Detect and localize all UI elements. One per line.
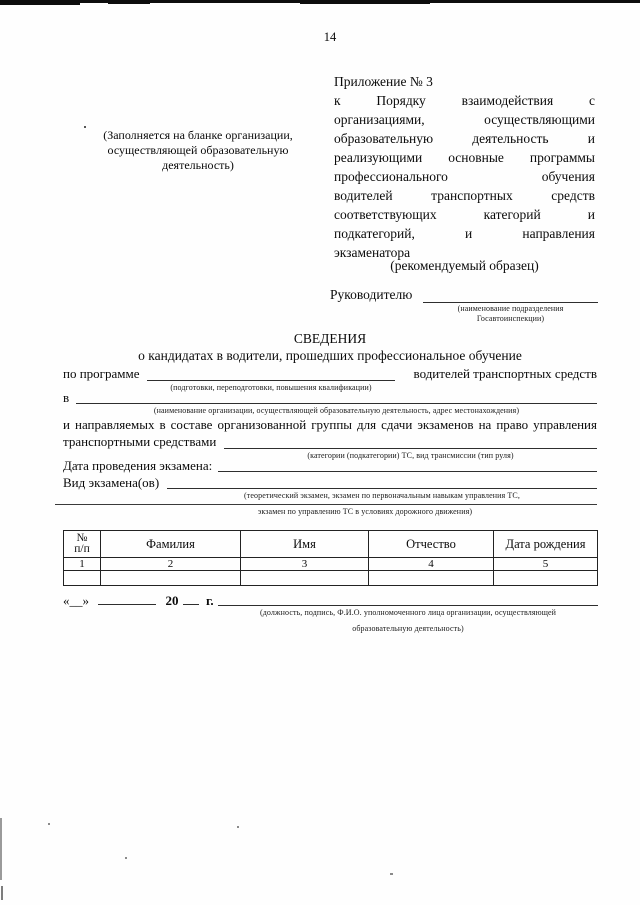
table-empty-cell bbox=[494, 571, 598, 586]
scan-artifact bbox=[125, 857, 127, 859]
scan-artifact bbox=[1, 886, 3, 900]
table-header-surname: Фамилия bbox=[101, 531, 241, 558]
table-empty-cell bbox=[369, 571, 494, 586]
table-header-number: № п/п bbox=[64, 531, 101, 558]
footer-date-quote: «__» bbox=[63, 593, 89, 608]
exam-type-blank-line bbox=[167, 488, 597, 489]
addressee-caption-line2: Госавтоинспекции) bbox=[423, 314, 598, 324]
program-suffix: водителей транспортных средств bbox=[397, 366, 597, 382]
scan-artifact bbox=[300, 0, 430, 4]
exam-date-blank-line bbox=[218, 471, 597, 472]
appendix-line: подкатегорий, и направления bbox=[334, 224, 595, 243]
appendix-line: организациями, осуществляющими bbox=[334, 110, 595, 129]
signature-caption-line2: образовательную деятельность) bbox=[218, 624, 598, 634]
footer-date-year: 20 bbox=[166, 593, 179, 608]
scan-artifact bbox=[237, 826, 239, 828]
org-letterhead-note-line: (Заполняется на бланке организации, bbox=[78, 128, 318, 143]
document-subtitle: о кандидатах в водители, прошедших профе… bbox=[63, 348, 597, 364]
appendix-line: реализующими основные программы bbox=[334, 148, 595, 167]
footer-date-year-blank bbox=[183, 593, 199, 605]
exam-date-label: Дата проведения экзамена: bbox=[63, 458, 212, 474]
organization-caption: (наименование организации, осуществляюще… bbox=[76, 406, 597, 416]
group-paragraph-line1: и направляемых в составе организованной … bbox=[63, 417, 597, 433]
table-colnum: 4 bbox=[369, 558, 494, 571]
exam-type-caption1: (теоретический экзамен, экзамен по перво… bbox=[167, 491, 597, 501]
appendix-line: образовательную деятельность и bbox=[334, 129, 595, 148]
program-label: по программе bbox=[63, 366, 140, 382]
exam-type-blank-line2 bbox=[55, 504, 597, 505]
table-empty-cell bbox=[241, 571, 369, 586]
table-header-firstname: Имя bbox=[241, 531, 369, 558]
table-header-row: № п/п Фамилия Имя Отчество Дата рождения bbox=[64, 531, 598, 558]
organization-label: в bbox=[63, 390, 69, 406]
appendix-line: к Порядку взаимодействия с bbox=[334, 91, 595, 110]
scan-artifact bbox=[48, 823, 50, 825]
scan-artifact bbox=[0, 818, 2, 880]
table-header-birthdate: Дата рождения bbox=[494, 531, 598, 558]
recommended-sample-note: (рекомендуемый образец) bbox=[334, 256, 595, 275]
vehicle-caption: (категории (подкатегории) ТС, вид трансм… bbox=[224, 451, 597, 461]
table-empty-row bbox=[64, 571, 598, 586]
exam-type-caption2: экзамен по управлению ТС в условиях доро… bbox=[140, 507, 590, 517]
signature-caption-line1: (должность, подпись, Ф.И.О. уполномоченн… bbox=[218, 608, 598, 618]
table-colnum: 1 bbox=[64, 558, 101, 571]
signature-blank-line bbox=[218, 605, 598, 606]
footer-date-year-suffix: г. bbox=[206, 593, 214, 608]
document-title: СВЕДЕНИЯ bbox=[63, 331, 597, 347]
appendix-line: водителей транспортных средств bbox=[334, 186, 595, 205]
scanned-document-page: 14 (Заполняется на бланке организации, о… bbox=[0, 0, 640, 905]
table-colnum: 3 bbox=[241, 558, 369, 571]
table-empty-cell bbox=[64, 571, 101, 586]
program-blank-line bbox=[147, 380, 395, 381]
table-empty-cell bbox=[101, 571, 241, 586]
org-letterhead-note: (Заполняется на бланке организации, осущ… bbox=[78, 128, 318, 173]
candidates-table: № п/п Фамилия Имя Отчество Дата рождения… bbox=[63, 530, 598, 586]
appendix-line: профессионального обучения bbox=[334, 167, 595, 186]
appendix-line: соответствующих категорий и bbox=[334, 205, 595, 224]
footer-date-row: «__» 20 г. bbox=[63, 593, 214, 609]
table-column-numbers-row: 1 2 3 4 5 bbox=[64, 558, 598, 571]
vehicle-blank-line bbox=[224, 448, 597, 449]
scan-artifact bbox=[0, 0, 80, 5]
candidates-table-grid: № п/п Фамилия Имя Отчество Дата рождения… bbox=[63, 530, 598, 586]
addressee-label: Руководителю bbox=[330, 285, 412, 304]
group-paragraph-line2: транспортными средствами bbox=[63, 434, 216, 450]
table-colnum: 2 bbox=[101, 558, 241, 571]
footer-date-month-blank bbox=[98, 593, 156, 605]
table-colnum: 5 bbox=[494, 558, 598, 571]
program-caption: (подготовки, переподготовки, повышения к… bbox=[147, 383, 395, 393]
appendix-header: Приложение № 3 к Порядку взаимодействия … bbox=[334, 72, 595, 262]
scan-artifact bbox=[108, 0, 150, 4]
appendix-title: Приложение № 3 bbox=[334, 72, 595, 91]
org-letterhead-note-line: деятельность) bbox=[78, 158, 318, 173]
addressee-blank-line bbox=[423, 302, 598, 303]
org-letterhead-note-line: осуществляющей образовательную bbox=[78, 143, 318, 158]
organization-blank-line bbox=[76, 403, 597, 404]
exam-type-label: Вид экзамена(ов) bbox=[63, 475, 159, 491]
addressee-caption-line1: (наименование подразделения bbox=[423, 304, 598, 314]
table-header-patronymic: Отчество bbox=[369, 531, 494, 558]
page-number: 14 bbox=[63, 30, 597, 45]
scan-artifact bbox=[390, 873, 393, 875]
